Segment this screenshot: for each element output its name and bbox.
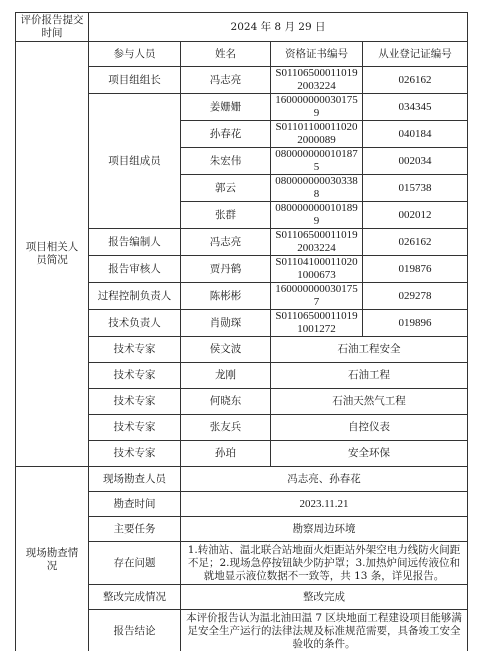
name-cell: 龙刚 <box>181 363 271 389</box>
field-cell: 自控仪表 <box>271 415 468 441</box>
name-cell: 冯志亮 <box>181 67 271 94</box>
submission-label: 评价报告提交时间 <box>16 13 89 42</box>
name-cell: 侯文波 <box>181 337 271 363</box>
survey-value: 本评价报告认为温北油田温 7 区块地面工程建设项目能够满足安全生产运行的法律法规… <box>181 610 468 651</box>
header-reg: 从业登记证编号 <box>363 42 468 67</box>
field-cell: 石油工程 <box>271 363 468 389</box>
reg-cell: 015738 <box>363 175 468 202</box>
cert-cell: 1600000000301757 <box>271 283 363 310</box>
reg-cell: 026162 <box>363 67 468 94</box>
role-cell: 技术专家 <box>89 389 181 415</box>
cert-cell: 0800000000303388 <box>271 175 363 202</box>
name-cell: 孙春花 <box>181 121 271 148</box>
personnel-header-row: 项目相关人员简况 参与人员 姓名 资格证书编号 从业登记证编号 <box>16 42 468 67</box>
survey-section-label: 现场勘查情况 <box>16 467 89 651</box>
role-cell: 报告审核人 <box>89 256 181 283</box>
reg-cell: 002034 <box>363 148 468 175</box>
header-role: 参与人员 <box>89 42 181 67</box>
reg-cell: 019876 <box>363 256 468 283</box>
evaluation-report-table: 评价报告提交时间 2024 年 8 月 29 日 项目相关人员简况 参与人员 姓… <box>15 12 468 651</box>
name-cell: 陈彬彬 <box>181 283 271 310</box>
cert-cell: S011065000110192003224 <box>271 67 363 94</box>
role-cell: 过程控制负责人 <box>89 283 181 310</box>
survey-value: 勘察周边环境 <box>181 517 468 542</box>
cert-cell: S011041000110201000673 <box>271 256 363 283</box>
role-cell: 技术专家 <box>89 441 181 467</box>
survey-label: 整改完成情况 <box>89 585 181 610</box>
survey-label: 存在问题 <box>89 542 181 585</box>
field-cell: 石油天然气工程 <box>271 389 468 415</box>
header-name: 姓名 <box>181 42 271 67</box>
reg-cell: 040184 <box>363 121 468 148</box>
personnel-section-label: 项目相关人员简况 <box>16 42 89 467</box>
survey-value: 2023.11.21 <box>181 492 468 517</box>
survey-row: 现场勘查情况 现场勘查人员 冯志亮、孙春花 <box>16 467 468 492</box>
submission-row: 评价报告提交时间 2024 年 8 月 29 日 <box>16 13 468 42</box>
survey-label: 主要任务 <box>89 517 181 542</box>
role-cell: 技术专家 <box>89 337 181 363</box>
name-cell: 张群 <box>181 202 271 229</box>
field-cell: 石油工程安全 <box>271 337 468 363</box>
survey-value: 1.转油站、温北联合站地面火炬距站外架空电力线防火间距不足；2.现场急停按钮缺少… <box>181 542 468 585</box>
name-cell: 张友兵 <box>181 415 271 441</box>
name-cell: 冯志亮 <box>181 229 271 256</box>
name-cell: 姜姗姗 <box>181 94 271 121</box>
field-cell: 安全环保 <box>271 441 468 467</box>
name-cell: 孙珀 <box>181 441 271 467</box>
survey-label: 勘查时间 <box>89 492 181 517</box>
cert-cell: S011011000110202000089 <box>271 121 363 148</box>
cert-cell: 0800000000101899 <box>271 202 363 229</box>
reg-cell: 019896 <box>363 310 468 337</box>
survey-label: 现场勘查人员 <box>89 467 181 492</box>
cert-cell: 1600000000301759 <box>271 94 363 121</box>
cert-cell: S011065000110191001272 <box>271 310 363 337</box>
role-cell: 技术负责人 <box>89 310 181 337</box>
name-cell: 何晓东 <box>181 389 271 415</box>
cert-cell: 0800000000101875 <box>271 148 363 175</box>
cert-cell: S011065000110192003224 <box>271 229 363 256</box>
name-cell: 郭云 <box>181 175 271 202</box>
role-cell: 项目组成员 <box>89 94 181 229</box>
submission-date: 2024 年 8 月 29 日 <box>89 13 468 42</box>
name-cell: 贾丹鹤 <box>181 256 271 283</box>
reg-cell: 029278 <box>363 283 468 310</box>
name-cell: 朱宏伟 <box>181 148 271 175</box>
header-cert: 资格证书编号 <box>271 42 363 67</box>
reg-cell: 026162 <box>363 229 468 256</box>
role-cell: 技术专家 <box>89 415 181 441</box>
survey-label: 报告结论 <box>89 610 181 651</box>
role-cell: 技术专家 <box>89 363 181 389</box>
reg-cell: 034345 <box>363 94 468 121</box>
name-cell: 肖勋琛 <box>181 310 271 337</box>
role-cell: 报告编制人 <box>89 229 181 256</box>
reg-cell: 002012 <box>363 202 468 229</box>
survey-value: 整改完成 <box>181 585 468 610</box>
survey-value: 冯志亮、孙春花 <box>181 467 468 492</box>
role-cell: 项目组组长 <box>89 67 181 94</box>
